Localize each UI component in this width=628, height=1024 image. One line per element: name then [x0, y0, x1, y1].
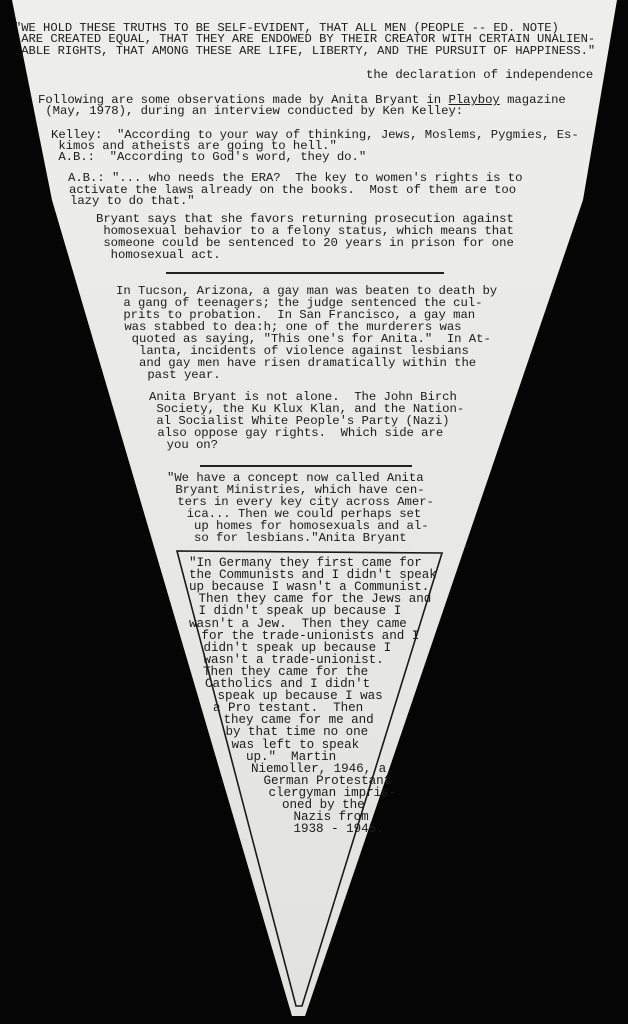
intro-line: (May, 1978), during an interview conduct… — [38, 106, 463, 118]
section-divider — [166, 272, 444, 274]
intro-text: magazine — [500, 93, 566, 107]
prosecution-line: homosexual act. — [96, 250, 221, 262]
violence-line: past year. — [118, 370, 221, 382]
interview-line: A.B.: "According to God's word, they do.… — [51, 152, 366, 164]
epigraph-attribution: the declaration of independence — [366, 70, 593, 82]
section-divider — [200, 465, 412, 467]
epigraph-line: ABLE RIGHTS, THAT AMONG THESE ARE LIFE, … — [14, 46, 595, 58]
not-alone-line: you on? — [152, 440, 218, 452]
era-quote-line: lazy to do that." — [70, 196, 195, 208]
ministries-line: so for lesbians."Anita Bryant — [172, 533, 407, 545]
niemoller-line: 1938 - 1945. — [256, 824, 384, 836]
